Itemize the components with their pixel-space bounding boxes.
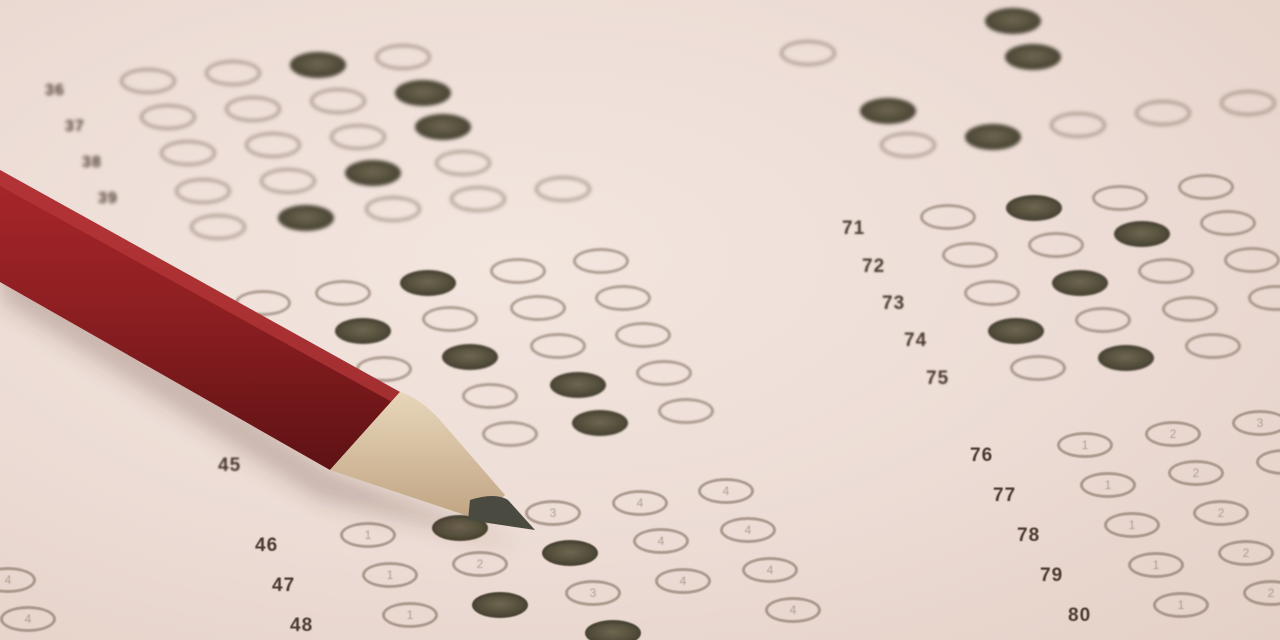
pencil-icon (0, 0, 1280, 640)
answer-sheet-photo: 36 37 38 39 45 46 (0, 0, 1280, 640)
